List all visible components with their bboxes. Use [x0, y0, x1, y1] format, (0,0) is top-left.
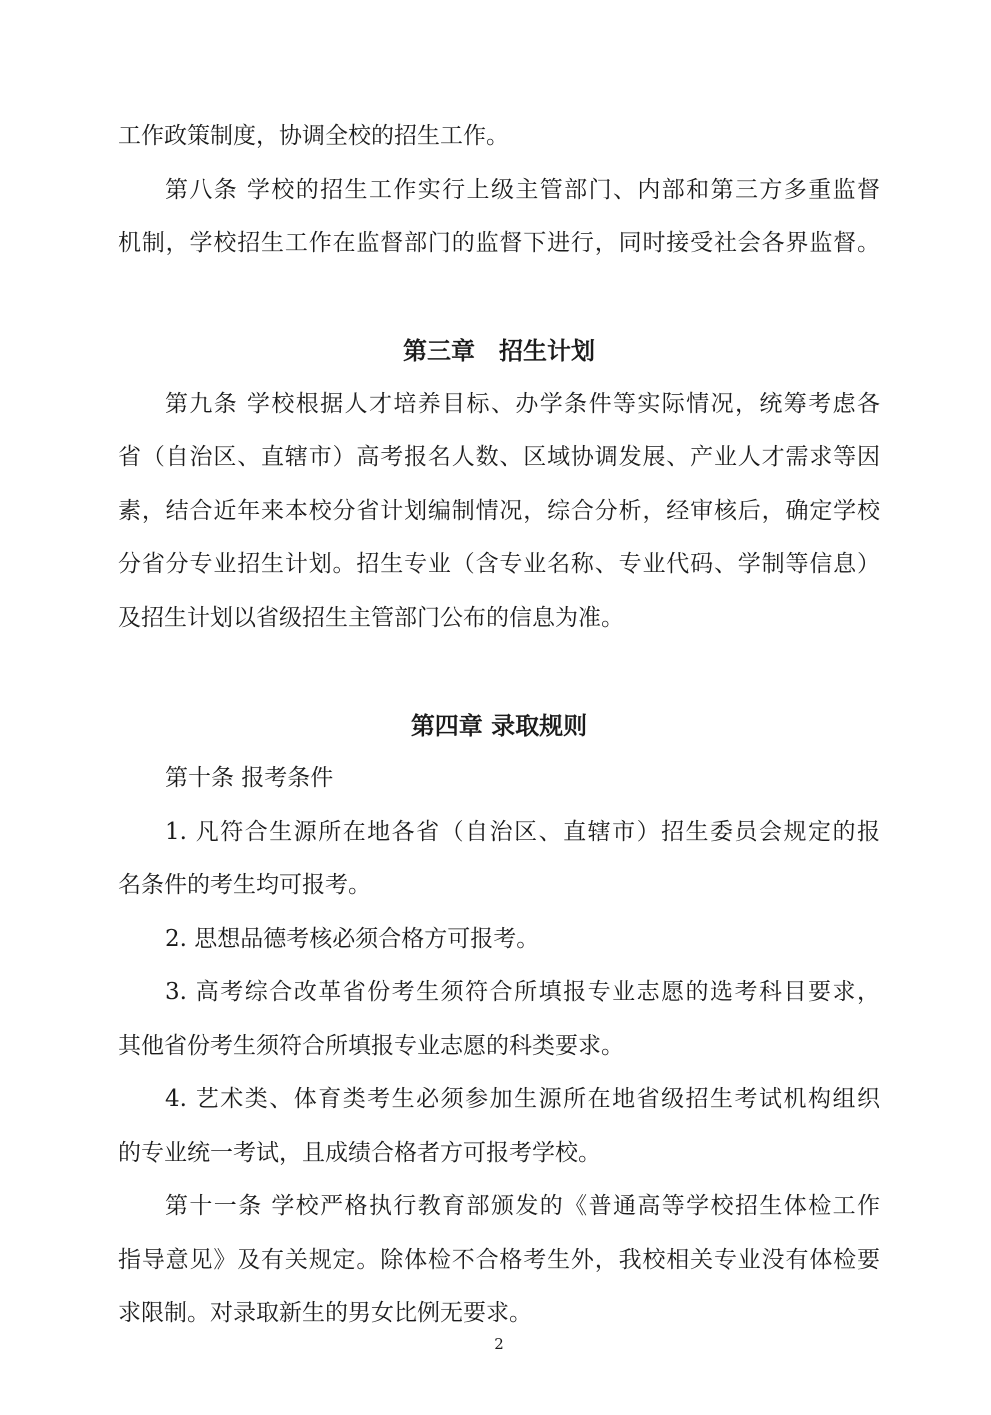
paragraph-line: 素，结合近年来本校分省计划编制情况，综合分析，经审核后，确定学校 — [118, 485, 880, 539]
paragraph-line: 工作政策制度，协调全校的招生工作。 — [118, 110, 880, 164]
paragraph-line: 第十一条 学校严格执行教育部颁发的《普通高等学校招生体检工作 — [118, 1180, 880, 1234]
paragraph-line: 名条件的考生均可报考。 — [118, 859, 880, 913]
paragraph-line: 机制，学校招生工作在监督部门的监督下进行，同时接受社会各界监督。 — [118, 217, 880, 271]
paragraph-line: 及招生计划以省级招生主管部门公布的信息为准。 — [118, 592, 880, 646]
paragraph-line: 3. 高考综合改革省份考生须符合所填报专业志愿的选考科目要求， — [118, 966, 880, 1020]
paragraph-line: 其他省份考生须符合所填报专业志愿的科类要求。 — [118, 1020, 880, 1074]
paragraph-line: 省（自治区、直辖市）高考报名人数、区域协调发展、产业人才需求等因 — [118, 431, 880, 485]
paragraph-line: 第九条 学校根据人才培养目标、办学条件等实际情况，统筹考虑各 — [118, 378, 880, 432]
blank-line — [118, 271, 880, 325]
paragraph-line: 分省分专业招生计划。招生专业（含专业名称、专业代码、学制等信息） — [118, 538, 880, 592]
paragraph-line: 4. 艺术类、体育类考生必须参加生源所在地省级招生考试机构组织 — [118, 1073, 880, 1127]
paragraph-line: 1. 凡符合生源所在地各省（自治区、直辖市）招生委员会规定的报 — [118, 806, 880, 860]
chapter-heading-3: 第三章 招生计划 — [118, 324, 880, 378]
paragraph-line: 第八条 学校的招生工作实行上级主管部门、内部和第三方多重监督 — [118, 164, 880, 218]
paragraph-line: 指导意见》及有关规定。除体检不合格考生外，我校相关专业没有体检要 — [118, 1234, 880, 1288]
paragraph-line: 第十条 报考条件 — [118, 752, 880, 806]
paragraph-line: 的专业统一考试，且成绩合格者方可报考学校。 — [118, 1127, 880, 1181]
chapter-heading-4: 第四章 录取规则 — [118, 699, 880, 753]
blank-line — [118, 645, 880, 699]
paragraph-line: 2. 思想品德考核必须合格方可报考。 — [118, 913, 880, 967]
document-page: 工作政策制度，协调全校的招生工作。 第八条 学校的招生工作实行上级主管部门、内部… — [0, 0, 991, 1415]
